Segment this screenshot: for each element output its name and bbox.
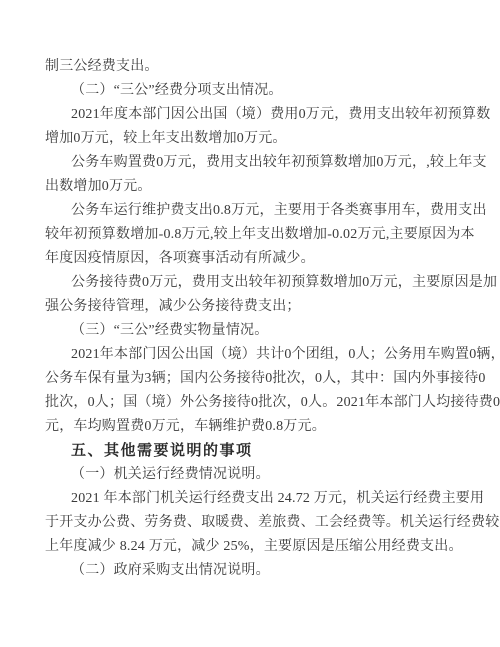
text-line: 上年度减少 8.24 万元，减少 25%，主要原因是压缩公用经费支出。: [45, 535, 457, 559]
text-line: 元，车均购置费0万元，车辆维护费0.8万元。: [45, 415, 457, 439]
text-line: 公务车购置费0万元，费用支出较年初预算数增加0万元，,较上年支: [45, 151, 457, 175]
text-line: 批次，0人；国（境）外公务接待0批次，0人。2021年本部门人均接待费0: [45, 391, 457, 415]
document-page: 制三公经费支出。（二）“三公”经费分项支出情况。2021年度本部门因公出国（境）…: [0, 0, 500, 647]
text-line: 公务车保有量为3辆；国内公务接待0批次，0人，其中：国内外事接待0: [45, 367, 457, 391]
text-line: （二）“三公”经费分项支出情况。: [45, 79, 457, 103]
text-line: 公务车运行维护费支出0.8万元，主要用于各类赛事用车，费用支出: [45, 199, 457, 223]
section-heading: 五、其他需要说明的事项: [45, 439, 457, 463]
text-line: 较年初预算数增加-0.8万元,较上年支出数增加-0.02万元,主要原因为本: [45, 223, 457, 247]
text-line: 2021年度本部门因公出国（境）费用0万元，费用支出较年初预算数: [45, 103, 457, 127]
document-text: 制三公经费支出。（二）“三公”经费分项支出情况。2021年度本部门因公出国（境）…: [45, 55, 457, 583]
text-line: 2021年本部门因公出国（境）共计0个团组，0人；公务用车购置0辆，: [45, 343, 457, 367]
text-line: 制三公经费支出。: [45, 55, 457, 79]
text-line: （二）政府采购支出情况说明。: [45, 559, 457, 583]
text-line: 年度因疫情原因，各项赛事活动有所减少。: [45, 247, 457, 271]
text-line: 出数增加0万元。: [45, 175, 457, 199]
text-line: （三）“三公”经费实物量情况。: [45, 319, 457, 343]
text-line: 强公务接待管理，减少公务接待费支出；: [45, 295, 457, 319]
text-line: 于开支办公费、劳务费、取暖费、差旅费、工会经费等。机关运行经费较: [45, 511, 457, 535]
text-line: 增加0万元，较上年支出数增加0万元。: [45, 127, 457, 151]
text-line: 公务接待费0万元，费用支出较年初预算数增加0万元，主要原因是加: [45, 271, 457, 295]
text-line: 2021 年本部门机关运行经费支出 24.72 万元，机关运行经费主要用: [45, 487, 457, 511]
text-line: （一）机关运行经费情况说明。: [45, 463, 457, 487]
